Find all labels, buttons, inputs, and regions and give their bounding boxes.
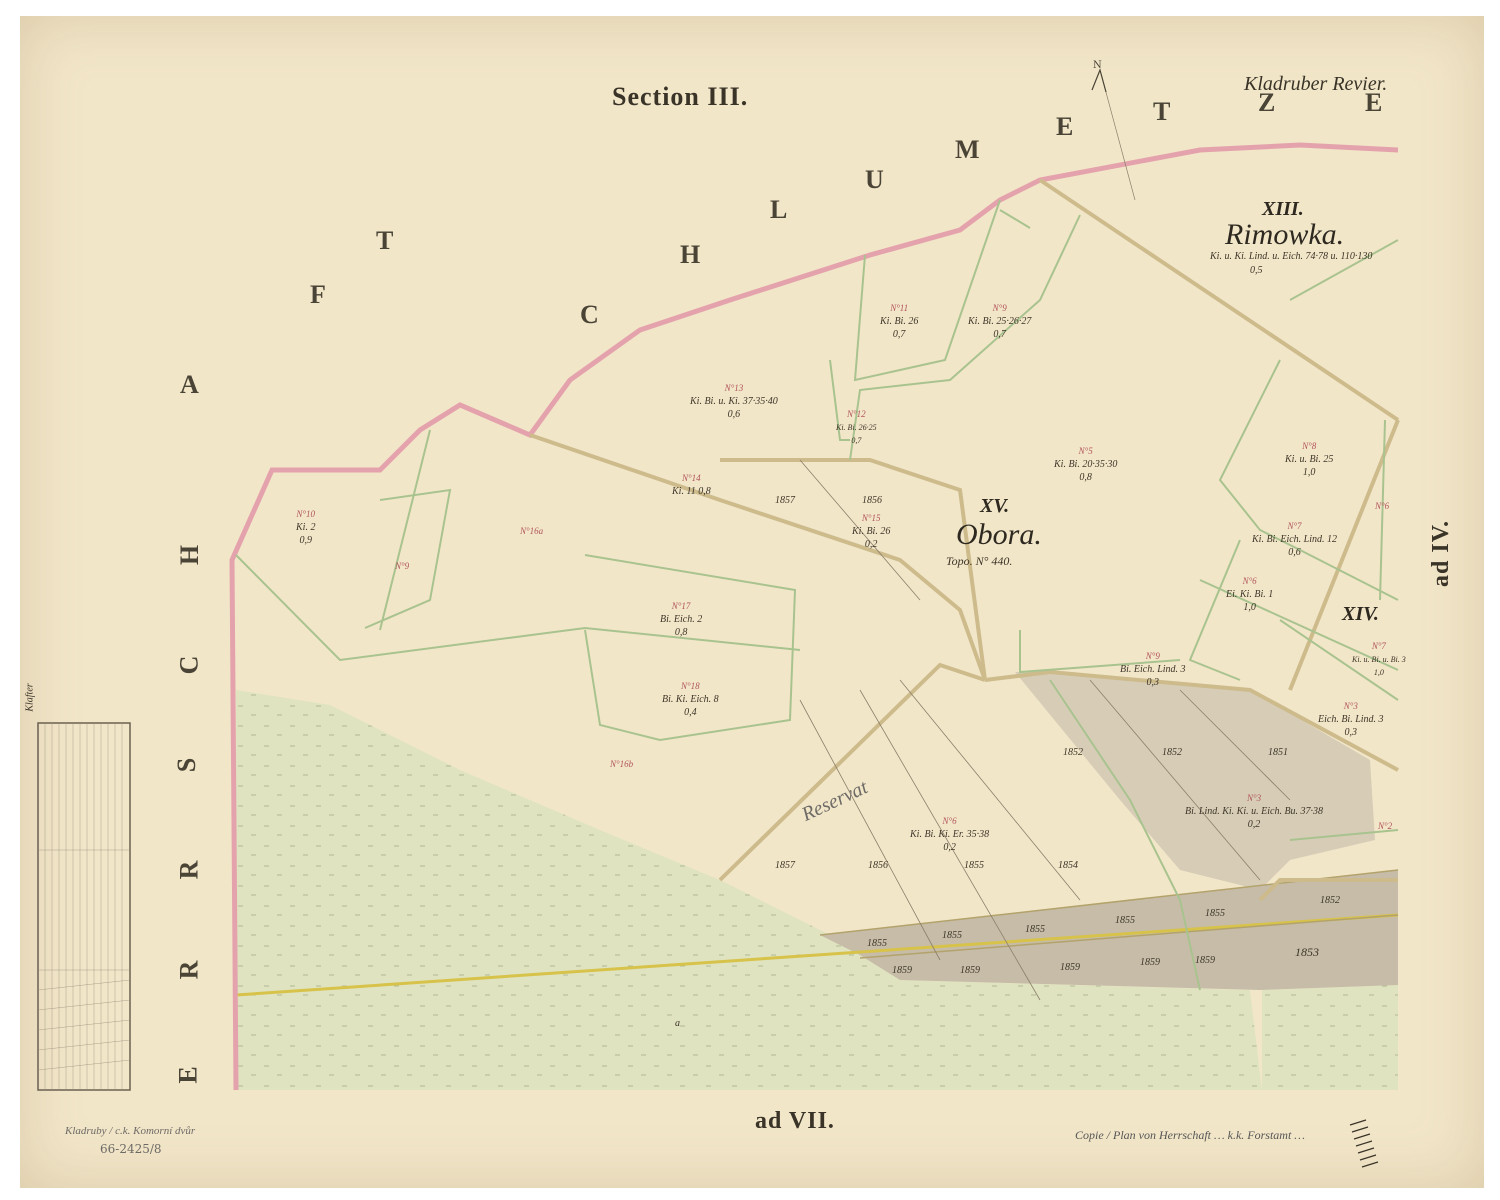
parcel-label: N°7Ki. Bi. Eich. Lind. 120,6 [1252,520,1337,559]
map-sheet: Section III. Kladruber Revier. N A F T C… [0,0,1500,1200]
parcel-label: N°18Bi. Ki. Eich. 80,4 [662,680,719,719]
scale-bar-label: Klafter [25,683,36,711]
year-label: 1859 [1195,955,1215,966]
meadow-mark: a [675,1018,680,1029]
district-detail: Ki. u. Ki. Lind. u. Eich. 74·78 u. 110·1… [1210,250,1372,263]
boundary-letter: H [175,545,205,565]
parcel-label: N°10Ki. 20,9 [296,508,315,547]
boundary-letter: A [180,370,199,400]
year-label: 1852 [1162,747,1182,758]
parcel-label: N°6Ki. Bi. Ki. Er. 35·380,2 [910,815,989,854]
parcel-label: N°17Bi. Eich. 20,8 [660,600,702,639]
year-label: 1857 [775,495,795,506]
year-label: 1856 [868,860,888,871]
year-label: 1857 [775,860,795,871]
year-label: 1852 [1320,895,1340,906]
north-arrow-label: N [1093,60,1102,71]
parcel-label: N°12Ki. Bi. 26·250,7 [836,408,877,447]
year-label: 1854 [1058,860,1078,871]
boundary-letter: H [680,240,700,270]
boundary-letter: E [1365,88,1382,118]
boundary-letter: C [174,656,204,675]
boundary-letter: T [1153,97,1170,127]
archive-note: Kladruby / c.k. Komorní dvůr [65,1125,195,1137]
scale-bar [38,723,130,1090]
year-label: 1859 [960,965,980,976]
parcel-label: N°15Ki. Bi. 260,2 [852,512,890,551]
district-number: XIV. [1342,603,1379,626]
year-label: 1855 [1115,915,1135,926]
boundary-letter: Z [1258,88,1275,118]
parcel-label: N°9Bi. Eich. Lind. 30,3 [1120,650,1186,689]
parcel-label: N°6 [1375,500,1389,513]
parcel-label: N°14Ki. 11 0,8 [672,472,711,498]
adjacent-sheet-label-right: ad IV. [1428,520,1455,587]
year-label: 1855 [942,930,962,941]
year-label: 1859 [1060,962,1080,973]
boundary-letter: F [310,280,326,310]
year-label: 1855 [1025,924,1045,935]
boundary-letter: C [580,300,599,330]
parcel-label: N°9 [395,560,409,573]
parcel-label: N°3Bi. Lind. Ki. Ki. u. Eich. Bu. 37·380… [1185,792,1323,831]
district-age: 0,5 [1250,264,1263,277]
signature-note: Copie / Plan von Herrschaft … k.k. Forst… [1075,1128,1305,1143]
parcel-label: N°7Ki. u. Bi. u. Bi. 31,0 [1352,640,1406,679]
parcel-label: N°8Ki. u. Bi. 251,0 [1285,440,1333,479]
year-label: 1855 [867,938,887,949]
map-drawing [0,0,1500,1200]
parcel-label: N°11Ki. Bi. 260,7 [880,302,918,341]
boundary-letter: E [174,1066,204,1083]
parcel-label: N°5Ki. Bi. 20·35·300,8 [1054,445,1117,484]
district-detail: Topo. N° 440. [946,555,1012,568]
parcel-label: N°3Eich. Bi. Lind. 30,3 [1318,700,1384,739]
parcel-label: N°6Ei. Ki. Bi. 11,0 [1226,575,1273,614]
year-label: 1852 [1063,747,1083,758]
year-label: 1855 [964,860,984,871]
boundary-letter: R [174,961,204,980]
adjacent-sheet-label-bottom: ad VII. [755,1108,835,1135]
boundary-letter: M [955,135,980,165]
district-name: Obora. [956,518,1042,552]
district-name: Rimowka. [1225,218,1344,252]
year-label: 1851 [1268,747,1288,758]
boundary-letter: L [770,195,787,225]
year-label: 1859 [1140,957,1160,968]
year-label: 1859 [892,965,912,976]
parcel-label: N°9Ki. Bi. 25·26·270,7 [968,302,1031,341]
year-label: 1853 [1295,945,1319,960]
parcel-label: N°2 [1378,820,1392,833]
archive-reference: 66-2425/8 [100,1142,162,1156]
parcel-label: N°16a [520,525,543,538]
year-label: 1855 [1205,908,1225,919]
boundary-letter: T [376,226,393,256]
parcel-label: N°16b [610,758,633,771]
boundary-letter: R [174,861,204,880]
meadow-area-right [1262,985,1398,1090]
year-label: 1856 [862,495,882,506]
district-number: XV. [980,495,1009,518]
boundary-letter: E [1056,112,1073,142]
section-title: Section III. [612,82,748,112]
parcel-label: N°13Ki. Bi. u. Ki. 37·35·400,6 [690,382,778,421]
boundary-letter: S [172,758,202,772]
boundary-letter: U [865,165,884,195]
